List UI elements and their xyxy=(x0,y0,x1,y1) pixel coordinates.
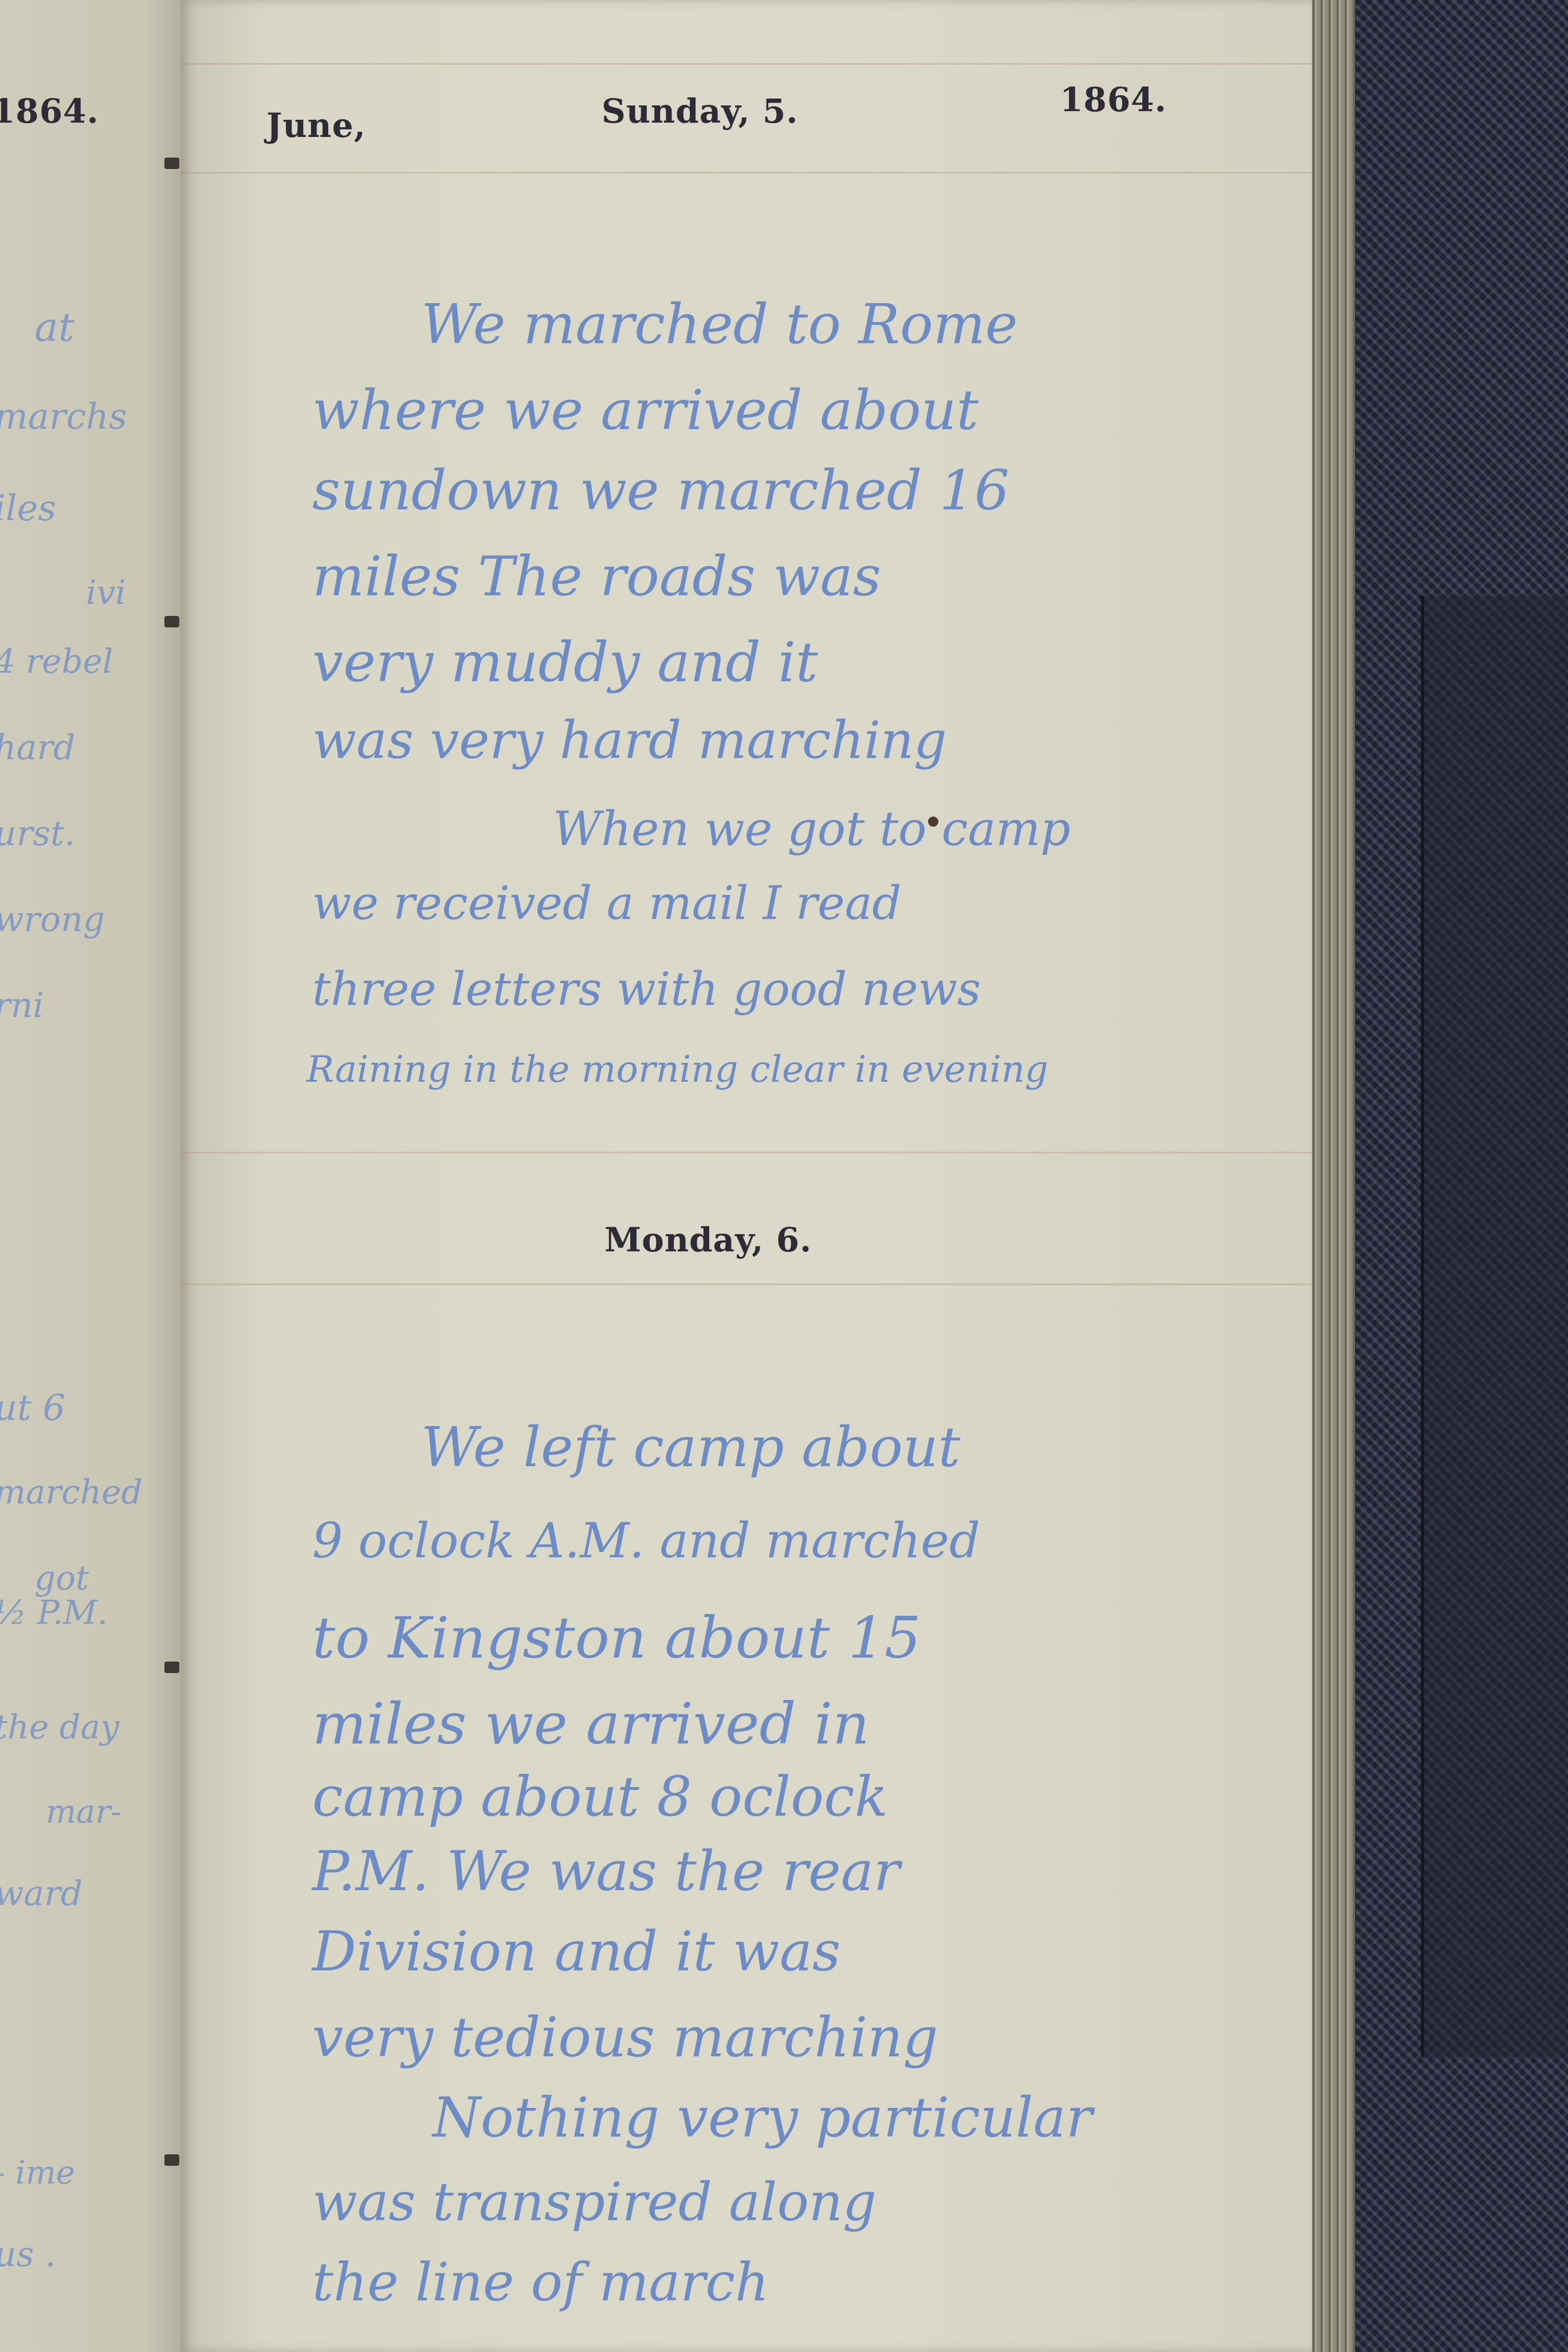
entry-line: We left camp about xyxy=(421,1415,960,1479)
entry-line: We marched to Rome xyxy=(421,292,1018,356)
left-fragment: got xyxy=(34,1558,89,1597)
entry-line: the line of march xyxy=(312,2252,769,2313)
entry-line: three letters with good news xyxy=(312,963,981,1016)
left-fragment: marched xyxy=(0,1473,143,1511)
entry-line: we received a mail I read xyxy=(312,877,902,930)
header-month: June, xyxy=(266,106,366,145)
left-fragment: - ime xyxy=(0,2154,75,2192)
left-fragment: mar- xyxy=(46,1793,121,1831)
entry-line: P.M. We was the rear xyxy=(312,1839,900,1903)
left-page: 1864. at marchs iles ivi 4 rebel hard ur… xyxy=(0,0,183,2352)
left-fragment: urst. xyxy=(0,814,75,854)
header-day: Sunday, 5. xyxy=(602,92,798,131)
entry-line: to Kingston about 15 xyxy=(312,1604,921,1671)
left-fragment: ward xyxy=(0,1874,82,1914)
left-fragment: wrong xyxy=(0,900,105,940)
rule-line xyxy=(180,63,1312,65)
entry-line: sundown we marched 16 xyxy=(312,458,1009,523)
binding-staple xyxy=(164,158,179,169)
binding-staple xyxy=(164,616,179,627)
page-edges xyxy=(1309,0,1355,2352)
left-fragment: marchs xyxy=(0,395,127,437)
entry-line: very muddy and it xyxy=(312,630,818,694)
left-fragment: us . xyxy=(0,2235,56,2275)
rule-line xyxy=(180,1283,1312,1285)
left-fragment: rni xyxy=(0,985,44,1026)
entry-line: miles we arrived in xyxy=(312,1690,870,1757)
entry-line: Nothing very particular xyxy=(433,2086,1093,2150)
monday-heading: Monday, 6. xyxy=(604,1220,812,1259)
left-fragment: ivi xyxy=(86,573,126,612)
entry-line: Division and it was xyxy=(312,1919,840,1984)
diary-page: June, Sunday, 5. 1864. We marched to Rom… xyxy=(180,0,1312,2352)
rule-line xyxy=(180,1152,1312,1153)
entry-line: was transpired along xyxy=(312,2172,877,2233)
entry-line: very tedious marching xyxy=(312,2005,938,2070)
header-year: 1864. xyxy=(1060,80,1167,119)
left-fragment: ut 6 xyxy=(0,1387,65,1428)
binding-staple xyxy=(164,1662,179,1673)
left-page-year: 1864. xyxy=(0,92,99,131)
entry-line: 9 oclock A.M. and marched xyxy=(312,1513,980,1569)
left-fragment: at xyxy=(34,304,74,351)
entry-line: camp about 8 oclock xyxy=(312,1765,888,1829)
entry-line: miles The roads was xyxy=(312,544,881,608)
binding-staple xyxy=(164,2154,179,2166)
left-fragment: 4 rebel xyxy=(0,642,113,681)
entry-line: where we arrived about xyxy=(312,378,978,442)
entry-line: was very hard marching xyxy=(312,710,947,771)
left-fragment: hard xyxy=(0,728,76,768)
cover-flap xyxy=(1421,596,1568,2057)
entry-line: Raining in the morning clear in evening xyxy=(306,1049,1048,1091)
rule-line xyxy=(180,172,1312,174)
left-fragment: iles xyxy=(0,487,56,529)
left-fragment: the day xyxy=(0,1707,119,1746)
entry-line: When we got to camp xyxy=(553,802,1071,857)
left-fragment: ½ P.M. xyxy=(0,1593,108,1632)
